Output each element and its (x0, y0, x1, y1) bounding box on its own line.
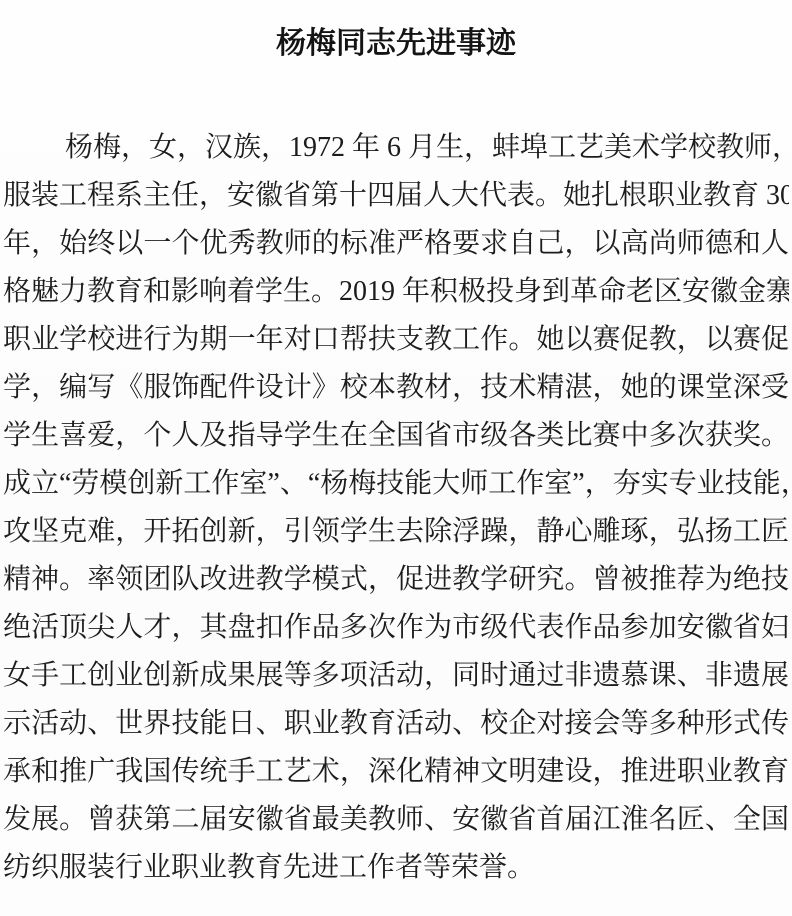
paragraph-line: 女手工创业创新成果展等多项活动，同时通过非遗慕课、非遗展 (3, 652, 789, 700)
paragraph-line: 学，编写《服饰配件设计》校本教材，技术精湛，她的课堂深受 (3, 364, 789, 412)
paragraph-line: 纺织服装行业职业教育先进工作者等荣誉。 (3, 844, 789, 892)
paragraph-line: 学生喜爱，个人及指导学生在全国省市级各类比赛中多次获奖。 (3, 412, 789, 460)
paragraph-line: 职业学校进行为期一年对口帮扶支教工作。她以赛促教，以赛促 (3, 316, 789, 364)
paragraph-line: 绝活顶尖人才，其盘扣作品多次作为市级代表作品参加安徽省妇 (3, 604, 789, 652)
paragraph-line: 示活动、世界技能日、职业教育活动、校企对接会等多种形式传 (3, 700, 789, 748)
paragraph-line: 杨梅，女，汉族，1972 年 6 月生，蚌埠工艺美术学校教师， (3, 124, 789, 172)
paragraph-line: 成立“劳模创新工作室”、“杨梅技能大师工作室”，夯实专业技能， (3, 460, 789, 508)
paragraph-line: 年，始终以一个优秀教师的标准严格要求自己，以高尚师德和人 (3, 220, 789, 268)
document-body: 杨梅，女，汉族，1972 年 6 月生，蚌埠工艺美术学校教师，服装工程系主任，安… (0, 124, 792, 892)
paragraph-line: 承和推广我国传统手工艺术，深化精神文明建设，推进职业教育 (3, 748, 789, 796)
paragraph-line: 发展。曾获第二届安徽省最美教师、安徽省首届江淮名匠、全国 (3, 796, 789, 844)
paragraph-line: 攻坚克难，开拓创新，引领学生去除浮躁，静心雕琢，弘扬工匠 (3, 508, 789, 556)
paragraph-line: 服装工程系主任，安徽省第十四届人大代表。她扎根职业教育 30 (3, 172, 789, 220)
document-title: 杨梅同志先进事迹 (0, 0, 792, 64)
paragraph-line: 精神。率领团队改进教学模式，促进教学研究。曾被推荐为绝技 (3, 556, 789, 604)
paragraph-line: 格魅力教育和影响着学生。2019 年积极投身到革命老区安徽金寨 (3, 268, 789, 316)
document-page: 杨梅同志先进事迹 杨梅，女，汉族，1972 年 6 月生，蚌埠工艺美术学校教师，… (0, 0, 792, 916)
